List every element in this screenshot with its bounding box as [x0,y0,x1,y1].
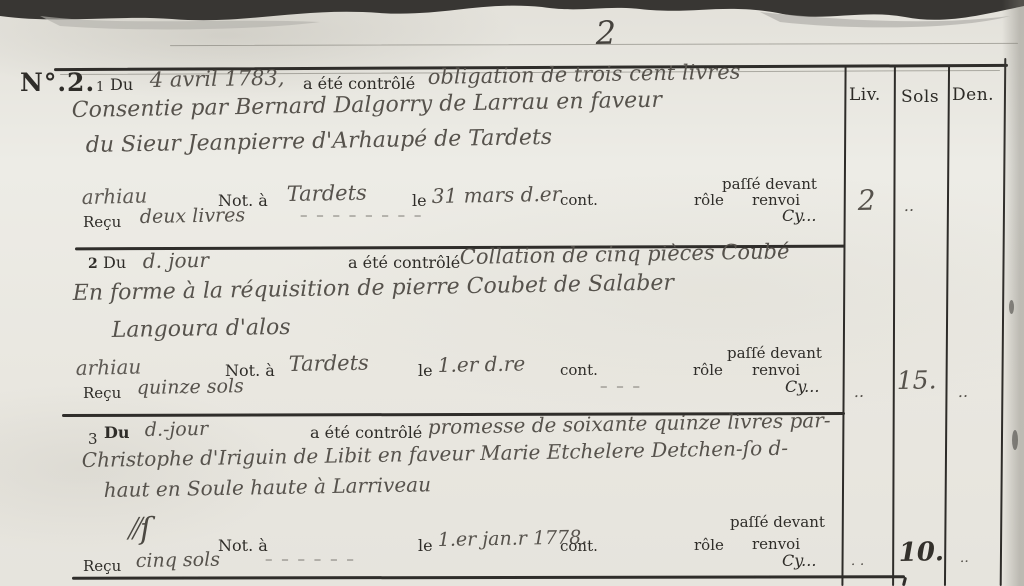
cy-label: Cy... [782,206,816,225]
du-label: Du [110,75,133,94]
amount-liv: . . [851,553,865,569]
le-label: le [418,536,433,555]
du-label: Du [103,253,126,272]
controlled-label: a été contrôlé [303,74,415,93]
role-label: rôle [693,361,723,379]
fee-received: quinze sols [137,375,244,399]
notary-at-label: Not. à [218,536,268,555]
recu-label: Reçu [83,557,121,575]
cont-label: cont. [560,537,598,555]
column-line-den [944,66,950,586]
column-header-liv: Liv. [849,85,881,105]
table-bottom-corner [902,577,907,586]
amount-liv: 2 [857,184,875,217]
filler-dashes: – – – – – – [265,550,356,568]
act-title: obligation de trois cent livres [428,60,741,89]
amount-den: .. [960,550,969,566]
act-body-line: du Sieur Jeanpierre d'Arhaupé de Tardets [86,125,553,158]
amount-liv: .. [854,382,865,401]
act-body-line: haut en Soule haute à Larriveau [104,472,432,502]
column-header-sols: Sols [901,87,939,107]
entry-heading-date: d. jour [143,248,210,273]
passe-devant-label: paſſé devant [727,344,822,362]
cy-label: Cy... [782,551,816,570]
notary-place: Tardets [289,351,369,376]
entry-heading-date: 4 avril 1783, [150,66,285,92]
act-title: Collation de cinq pièces Coubé [460,239,790,269]
controlled-label: a été contrôlé [310,423,422,442]
amount-sols: .. [904,196,915,215]
amount-sols: 15. [896,365,936,395]
amount-den: .. [958,382,969,401]
recu-label: Reçu [83,213,121,231]
faint-top-rule [170,43,1018,46]
fee-received: deux livres [140,204,246,228]
entry-heading-date: d.-jour [145,418,209,441]
act-date: 31 mars d.er [432,182,562,208]
paper-edge-shading [1002,0,1024,586]
recu-label: Reçu [83,384,121,402]
notary-name: arhiau [81,184,147,209]
column-line-sols [892,66,896,586]
column-header-den: Den. [952,85,994,105]
controlled-label: a été contrôlé [348,253,460,272]
passe-devant-label: paſſé devant [730,513,825,531]
notary-place: Tardets [287,181,367,206]
page-number: 2 [595,14,616,52]
table-bottom-border [72,575,905,579]
role-label: rôle [694,536,724,554]
cy-label: Cy... [785,377,819,396]
cont-label: cont. [560,191,598,209]
page-fold-edge [0,0,1024,40]
notary-flourish: ⫽ſ [126,511,151,547]
amount-sols: 10. [898,537,944,568]
cont-label: cont. [560,361,598,379]
edge-mark [1009,300,1014,314]
column-line-liv [841,66,846,586]
entry-item-number: 2 [88,256,98,272]
entry-item-number: 3 [88,430,98,448]
act-body-line: Langoura d'alos [112,315,291,343]
du-label: Du [104,423,130,442]
act-date: 1.er d.re [438,351,526,377]
le-label: le [418,361,433,380]
filler-dashes: – – – [600,377,642,395]
entry-item-number: 1 [96,80,104,95]
filler-dashes: – – – – – – – – [300,206,423,224]
act-body-line: Consentie par Bernard Dalgorry de Larrau… [72,88,663,123]
fee-received: cinq sols [136,549,221,572]
registry-number: N°.2. [20,68,95,97]
act-body-line: En forme à la réquisition de pierre Coub… [73,271,675,306]
edge-mark [1012,430,1018,450]
act-body-line: Christophe d'Iriguin de Libit en faveur … [82,436,789,472]
role-label: rôle [694,191,724,209]
scanned-register-page: 2 Liv. Sols Den. N°.2. 1 Du 4 avril 1783… [0,0,1024,586]
notary-name: arhiau [75,355,141,380]
